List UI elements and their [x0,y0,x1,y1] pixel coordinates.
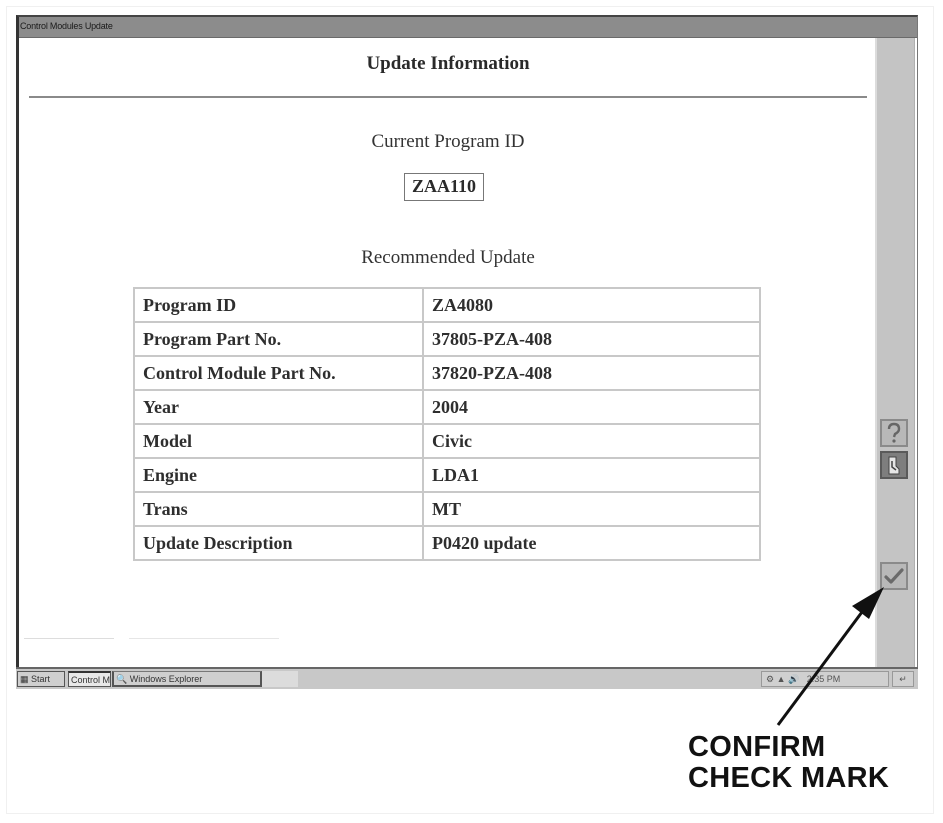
footer-rule [24,638,114,639]
checkmark-icon [883,566,905,586]
row-label: Engine [134,458,423,492]
footer-rule [129,638,279,639]
callout-line-2: CHECK MARK [688,763,889,794]
taskbar-item-label: Windows Explorer [130,674,203,684]
callout-label: CONFIRM CHECK MARK [688,732,889,794]
tray-icons: ⚙ ▲ 🔊 [766,674,804,684]
table-row: Program Part No. 37805-PZA-408 [134,322,760,356]
row-label: Control Module Part No. [134,356,423,390]
taskbar-spacer [262,671,298,687]
row-value: 2004 [423,390,760,424]
recommended-update-table: Program ID ZA4080 Program Part No. 37805… [133,287,761,561]
exit-icon [884,454,904,476]
row-label: Model [134,424,423,458]
row-value: P0420 update [423,526,760,560]
recommended-update-label: Recommended Update [19,247,877,269]
row-value: LDA1 [423,458,760,492]
row-label: Program Part No. [134,322,423,356]
control-modules-update-window: Control Modules Update Update Informatio… [16,15,918,667]
table-row: Model Civic [134,424,760,458]
table-row: Program ID ZA4080 [134,288,760,322]
start-button[interactable]: ▦ Start [17,671,65,687]
row-label: Update Description [134,526,423,560]
content-area: Update Information Current Program ID ZA… [19,38,877,667]
help-icon [884,422,904,444]
row-value: Civic [423,424,760,458]
system-tray: ⚙ ▲ 🔊 2:35 PM [761,671,889,687]
table-row: Update Description P0420 update [134,526,760,560]
taskbar: ▦ Start Control M 🔍 Windows Explorer ⚙ ▲… [16,667,918,689]
side-toolbar [875,38,915,667]
row-label: Trans [134,492,423,526]
confirm-check-button[interactable] [880,562,908,590]
taskbar-item-control-modules[interactable]: Control M [68,671,111,687]
title-bar: Control Modules Update [19,17,917,38]
taskbar-item-windows-explorer[interactable]: 🔍 Windows Explorer [112,671,262,687]
start-label: Start [31,674,50,684]
tray-toggle-button[interactable]: ↵ [892,671,914,687]
exit-button[interactable] [880,451,908,479]
callout-line-1: CONFIRM [688,732,889,763]
table-row: Trans MT [134,492,760,526]
row-label: Program ID [134,288,423,322]
clock: 2:35 PM [807,674,841,684]
windows-logo-icon: ▦ [20,674,29,684]
table-row: Year 2004 [134,390,760,424]
row-value: MT [423,492,760,526]
row-value: 37820-PZA-408 [423,356,760,390]
current-program-id: ZAA110 [404,173,484,201]
row-value: 37805-PZA-408 [423,322,760,356]
table-row: Engine LDA1 [134,458,760,492]
window-title: Control Modules Update [20,21,113,31]
row-label: Year [134,390,423,424]
header-divider [29,96,867,98]
current-program-label: Current Program ID [19,131,877,153]
explorer-icon: 🔍 [116,674,127,684]
table-row: Control Module Part No. 37820-PZA-408 [134,356,760,390]
page-title: Update Information [19,53,877,75]
help-button[interactable] [880,419,908,447]
row-value: ZA4080 [423,288,760,322]
